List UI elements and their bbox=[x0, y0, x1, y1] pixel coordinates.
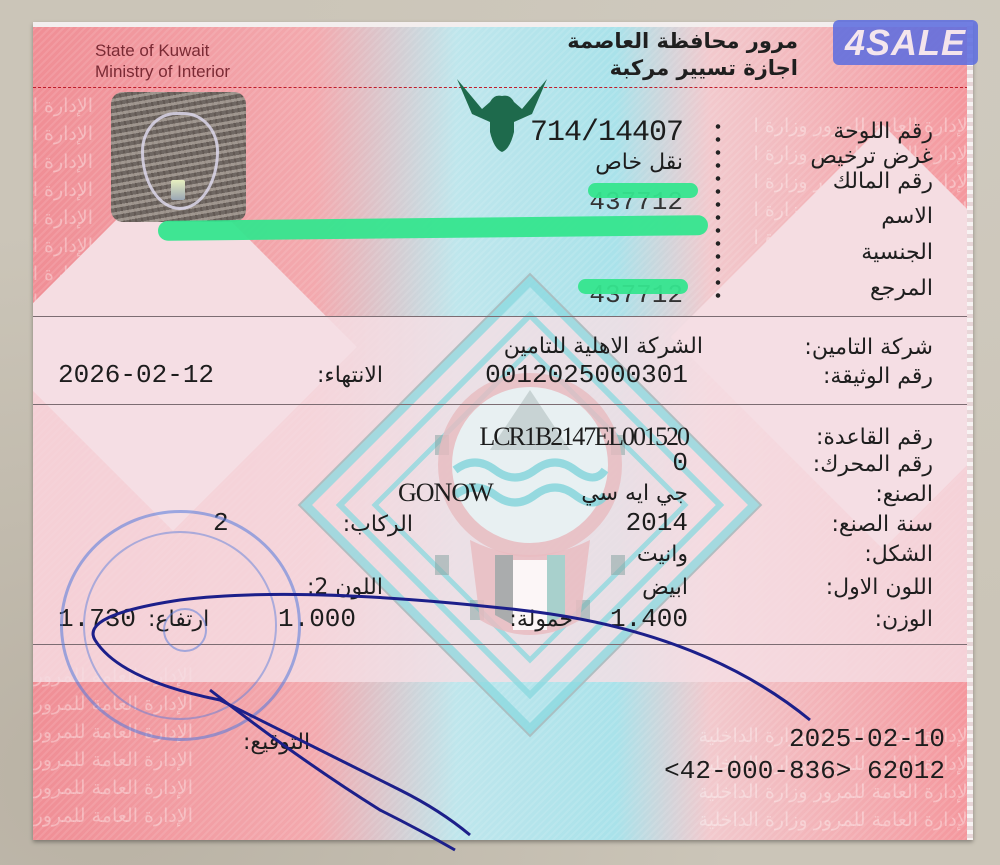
secondary-color-label: اللون 2: bbox=[307, 575, 383, 600]
name-label: الاسم bbox=[881, 204, 933, 229]
issue-date-value: 2025-02-10 bbox=[789, 724, 945, 754]
engine-number-label: رقم المحرك: bbox=[813, 452, 933, 477]
weight-value: 1.400 bbox=[610, 604, 688, 634]
section-divider bbox=[33, 316, 973, 317]
year-value: 2014 bbox=[626, 508, 688, 538]
chassis-label: رقم القاعدة: bbox=[816, 425, 933, 450]
redaction-mark bbox=[578, 279, 688, 294]
primary-color-value: ابيض bbox=[642, 575, 688, 600]
section-divider bbox=[33, 404, 973, 405]
reference-label: المرجع bbox=[870, 276, 933, 301]
redaction-mark bbox=[588, 183, 698, 198]
engine-number-value: 0 bbox=[672, 448, 688, 478]
weight-label: الوزن: bbox=[875, 607, 933, 632]
body-shape-value: وانيت bbox=[637, 542, 688, 567]
card-top-edge bbox=[33, 22, 973, 27]
make-value-english: GONOW bbox=[398, 478, 493, 508]
4sale-watermark: 4SALE bbox=[833, 20, 978, 65]
policy-number-value: 0012025000301 bbox=[485, 360, 688, 390]
flag-icon bbox=[171, 180, 185, 200]
chassis-number-value: LCR1B2147EL001520 bbox=[479, 422, 688, 452]
plate-number-label: رقم اللوحة bbox=[833, 119, 933, 144]
issuer-english: State of Kuwait Ministry of Interior bbox=[95, 40, 230, 82]
stamp-center-icon bbox=[163, 608, 207, 652]
make-value-arabic: جي ايه سي bbox=[581, 481, 688, 506]
document-title: اجازة تسيير مركبة bbox=[567, 55, 798, 82]
policy-number-label: رقم الوثيقة: bbox=[823, 364, 933, 389]
traffic-department-title: مرور محافظة العاصمة bbox=[567, 28, 798, 55]
owner-number-label: رقم المالك bbox=[833, 169, 933, 194]
make-label: الصنع: bbox=[875, 482, 933, 507]
serial-value: 62012 bbox=[867, 756, 945, 786]
passengers-label: الركاب: bbox=[343, 512, 413, 537]
body-shape-label: الشكل: bbox=[864, 542, 933, 567]
hologram-crest bbox=[111, 92, 246, 222]
plate-number-value: 714/14407 bbox=[530, 116, 683, 150]
state-name: State of Kuwait bbox=[95, 40, 230, 61]
year-label: سنة الصنع: bbox=[831, 512, 933, 537]
ministry-name: Ministry of Interior bbox=[95, 61, 230, 82]
license-purpose-label: غرض ترخيص bbox=[810, 144, 933, 169]
license-purpose-value: نقل خاص bbox=[595, 150, 683, 175]
expiry-label: الانتهاء: bbox=[317, 363, 383, 388]
nationality-label: الجنسية bbox=[861, 240, 933, 265]
expiry-date-value: 2026-02-12 bbox=[58, 360, 214, 390]
reference-code: <42-000-836> bbox=[664, 756, 851, 786]
signature-label: التوقيع: bbox=[243, 730, 310, 755]
primary-color-label: اللون الاول: bbox=[826, 575, 933, 600]
colon-separator bbox=[714, 120, 722, 300]
insurance-company-value: الشركة الاهلية للتامين bbox=[504, 334, 703, 359]
official-stamp bbox=[60, 510, 301, 741]
insurance-company-label: شركة التامين: bbox=[804, 335, 933, 360]
issuer-arabic: مرور محافظة العاصمة اجازة تسيير مركبة bbox=[567, 28, 798, 82]
load-label: حمولة: bbox=[509, 607, 573, 632]
card-perforated-edge bbox=[967, 22, 973, 840]
serial-number: <42-000-836> 62012 bbox=[664, 756, 945, 786]
